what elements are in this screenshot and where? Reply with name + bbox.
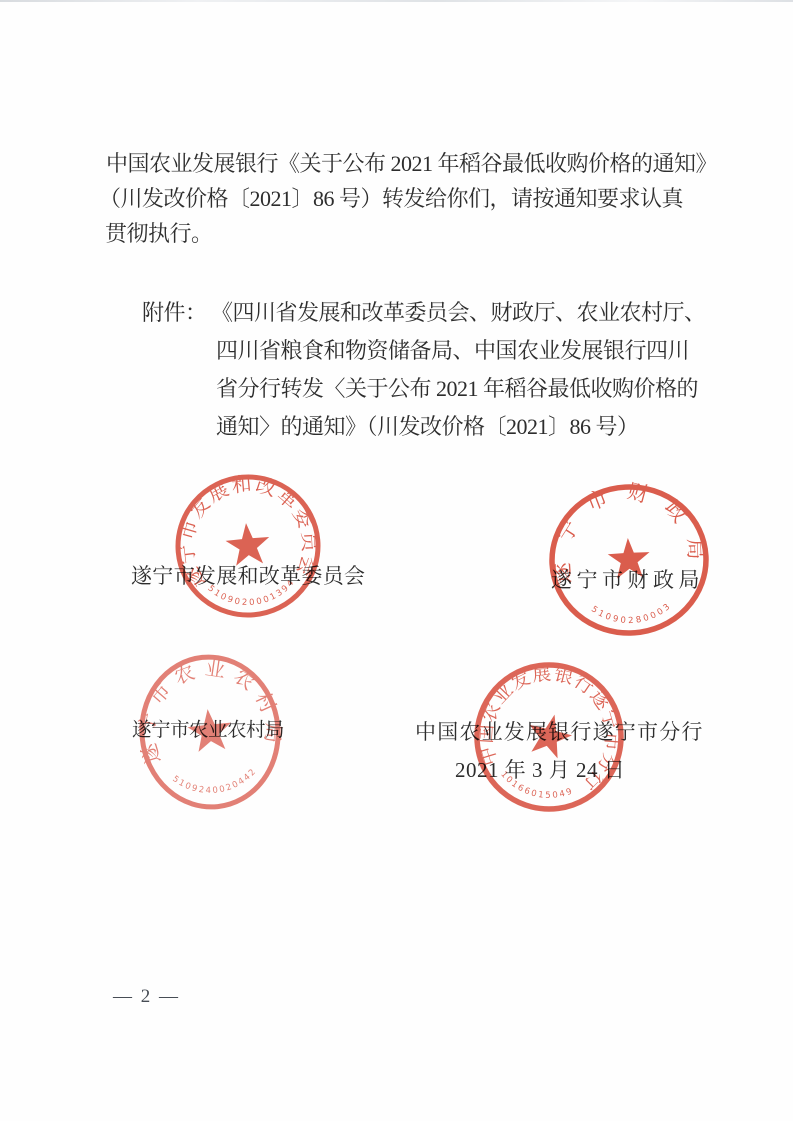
official-seal-finance-bureau: 遂宁市财政局51090280003 <box>546 481 713 639</box>
signature-development-reform-commission: 遂宁市发展和改革委员会 <box>131 560 365 590</box>
seal-org-arc-text: 遂宁市农业农村局 <box>136 651 284 767</box>
signature-agriculture-rural-bureau: 遂宁市农业农村局 <box>132 714 284 742</box>
attachment-line-4: 通知〉的通知》（川发改价格〔2021〕86 号） <box>216 413 639 441</box>
page-number: — 2 — <box>113 986 180 1008</box>
attachment-line-2: 四川省粮食和物资储备局、中国农业发展银行四川 <box>216 337 689 365</box>
attachment-label: 附件： <box>142 299 207 327</box>
scan-edge-artifact <box>0 0 793 2</box>
official-seal-development-reform-commission: 遂宁市发展和改革委员会5109020001394 <box>172 471 324 621</box>
document-page: 中国农业发展银行《关于公布 2021 年稻谷最低收购价格的通知》 （川发改价格〔… <box>0 0 793 1121</box>
attachment-line-1: 《四川省发展和改革委员会、财政厅、农业农村厅、 <box>211 299 706 327</box>
body-line-1: 中国农业发展银行《关于公布 2021 年稻谷最低收购价格的通知》 <box>106 150 717 178</box>
seal-ring <box>172 471 323 621</box>
body-line-3: 贯彻执行。 <box>105 220 213 248</box>
signature-finance-bureau: 遂宁市财政局 <box>551 564 704 594</box>
seal-number-arc-text: 5109240020442 <box>170 766 261 801</box>
seal-ring <box>548 483 709 637</box>
body-line-2: （川发改价格〔2021〕86 号）转发给你们，请按通知要求认真 <box>99 185 683 213</box>
seal-number-arc-text: 51090280003 <box>589 600 675 628</box>
attachment-line-3: 省分行转发〈关于公布 2021 年稻谷最低收购价格的 <box>216 375 698 403</box>
signature-date: 2021 年 3 月 24 日 <box>455 754 625 784</box>
signature-adbc-suining-branch: 中国农业发展银行遂宁市分行 <box>415 716 704 746</box>
